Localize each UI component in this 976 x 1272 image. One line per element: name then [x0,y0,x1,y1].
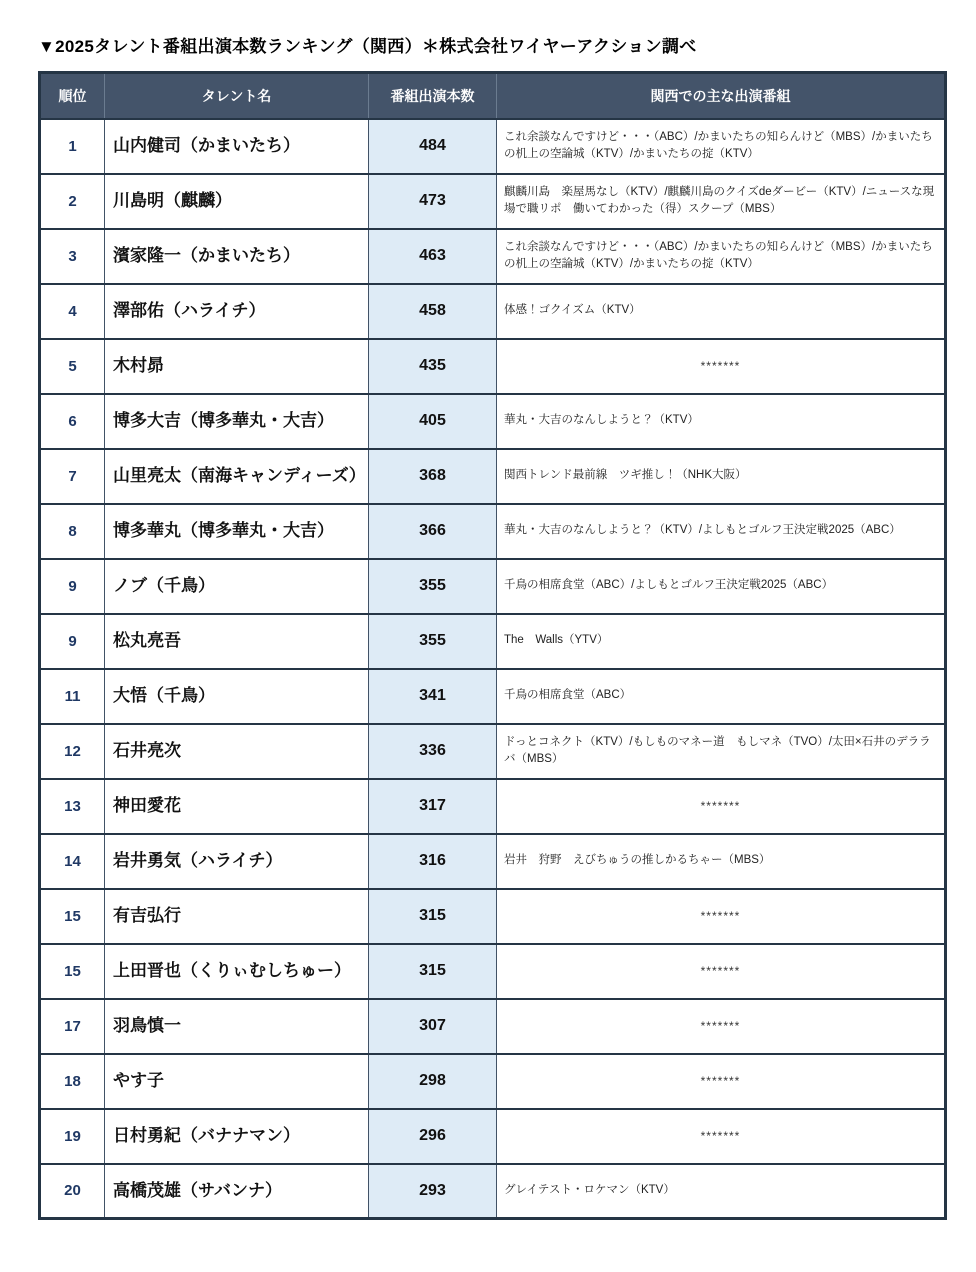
rank-cell: 19 [40,1109,105,1164]
appearance-count-cell: 296 [369,1109,497,1164]
rank-cell: 9 [40,559,105,614]
talent-name-cell: 濱家隆一（かまいたち） [105,229,369,284]
appearance-count-cell: 484 [369,119,497,174]
programs-cell: ******* [497,1109,946,1164]
appearance-count-cell: 355 [369,614,497,669]
programs-cell: ******* [497,889,946,944]
talent-name-cell: 松丸亮吾 [105,614,369,669]
talent-name-cell: 日村勇紀（バナナマン） [105,1109,369,1164]
programs-cell: これ余談なんですけど・・・（ABC）/かまいたちの知らんけど（MBS）/かまいた… [497,119,946,174]
talent-name-cell: 上田晋也（くりぃむしちゅー） [105,944,369,999]
programs-cell: 華丸・大吉のなんしようと？（KTV）/よしもとゴルフ王決定戦2025（ABC） [497,504,946,559]
programs-cell: ******* [497,339,946,394]
table-row: 13 神田愛花 317 ******* [40,779,946,834]
table-row: 5 木村昴 435 ******* [40,339,946,394]
programs-cell: 体感！ゴクイズム（KTV） [497,284,946,339]
talent-name-cell: 岩井勇気（ハライチ） [105,834,369,889]
appearance-count-cell: 405 [369,394,497,449]
programs-cell: ******* [497,999,946,1054]
rank-cell: 11 [40,669,105,724]
table-header: 順位 タレント名 番組出演本数 関西での主な出演番組 [40,73,946,119]
ranking-table: 順位 タレント名 番組出演本数 関西での主な出演番組 1 山内健司（かまいたち）… [38,71,947,1220]
appearance-count-cell: 355 [369,559,497,614]
programs-cell: ******* [497,779,946,834]
rank-cell: 15 [40,944,105,999]
table-row: 11 大悟（千鳥） 341 千鳥の相席食堂（ABC） [40,669,946,724]
talent-name-cell: 博多大吉（博多華丸・大吉） [105,394,369,449]
table-row: 1 山内健司（かまいたち） 484 これ余談なんですけど・・・（ABC）/かまい… [40,119,946,174]
table-row: 17 羽鳥慎一 307 ******* [40,999,946,1054]
rank-cell: 14 [40,834,105,889]
appearance-count-cell: 366 [369,504,497,559]
talent-name-cell: 博多華丸（博多華丸・大吉） [105,504,369,559]
talent-name-cell: 川島明（麒麟） [105,174,369,229]
programs-cell: 岩井 狩野 えびちゅうの推しかるちゃー（MBS） [497,834,946,889]
talent-name-cell: やす子 [105,1054,369,1109]
appearance-count-cell: 298 [369,1054,497,1109]
rank-cell: 1 [40,119,105,174]
table-row: 3 濱家隆一（かまいたち） 463 これ余談なんですけど・・・（ABC）/かまい… [40,229,946,284]
table-row: 8 博多華丸（博多華丸・大吉） 366 華丸・大吉のなんしようと？（KTV）/よ… [40,504,946,559]
table-row: 15 有吉弘行 315 ******* [40,889,946,944]
appearance-count-cell: 315 [369,944,497,999]
table-row: 15 上田晋也（くりぃむしちゅー） 315 ******* [40,944,946,999]
rank-cell: 17 [40,999,105,1054]
programs-cell: ******* [497,1054,946,1109]
rank-cell: 6 [40,394,105,449]
header-main-programs: 関西での主な出演番組 [497,73,946,119]
appearance-count-cell: 435 [369,339,497,394]
header-talent-name: タレント名 [105,73,369,119]
talent-name-cell: 神田愛花 [105,779,369,834]
talent-name-cell: ノブ（千鳥） [105,559,369,614]
talent-name-cell: 羽鳥慎一 [105,999,369,1054]
programs-cell: 千鳥の相席食堂（ABC） [497,669,946,724]
table-row: 19 日村勇紀（バナナマン） 296 ******* [40,1109,946,1164]
rank-cell: 15 [40,889,105,944]
table-row: 6 博多大吉（博多華丸・大吉） 405 華丸・大吉のなんしようと？（KTV） [40,394,946,449]
appearance-count-cell: 315 [369,889,497,944]
appearance-count-cell: 458 [369,284,497,339]
programs-cell: グレイテスト・ロケマン（KTV） [497,1164,946,1219]
table-row: 4 澤部佑（ハライチ） 458 体感！ゴクイズム（KTV） [40,284,946,339]
table-row: 18 やす子 298 ******* [40,1054,946,1109]
programs-cell: ドっとコネクト（KTV）/もしものマネー道 もしマネ（TVO）/太田×石井のデラ… [497,724,946,779]
programs-cell: ******* [497,944,946,999]
table-row: 9 ノブ（千鳥） 355 千鳥の相席食堂（ABC）/よしもとゴルフ王決定戦202… [40,559,946,614]
appearance-count-cell: 316 [369,834,497,889]
talent-name-cell: 有吉弘行 [105,889,369,944]
rank-cell: 3 [40,229,105,284]
programs-cell: 華丸・大吉のなんしようと？（KTV） [497,394,946,449]
rank-cell: 12 [40,724,105,779]
programs-cell: 麒麟川島 楽屋馬なし（KTV）/麒麟川島のクイズdeダービー（KTV）/ニュース… [497,174,946,229]
talent-name-cell: 澤部佑（ハライチ） [105,284,369,339]
table-row: 12 石井亮次 336 ドっとコネクト（KTV）/もしものマネー道 もしマネ（T… [40,724,946,779]
talent-name-cell: 大悟（千鳥） [105,669,369,724]
talent-name-cell: 石井亮次 [105,724,369,779]
header-rank: 順位 [40,73,105,119]
rank-cell: 7 [40,449,105,504]
rank-cell: 4 [40,284,105,339]
table-row: 7 山里亮太（南海キャンディーズ） 368 関西トレンド最前線 ツギ推し！（NH… [40,449,946,504]
appearance-count-cell: 341 [369,669,497,724]
table-row: 9 松丸亮吾 355 The Walls（YTV） [40,614,946,669]
table-header-row: 順位 タレント名 番組出演本数 関西での主な出演番組 [40,73,946,119]
rank-cell: 5 [40,339,105,394]
rank-cell: 8 [40,504,105,559]
appearance-count-cell: 473 [369,174,497,229]
page: ▼2025タレント番組出演本数ランキング（関西）＊株式会社ワイヤーアクション調べ… [0,0,976,1272]
appearance-count-cell: 463 [369,229,497,284]
table-body: 1 山内健司（かまいたち） 484 これ余談なんですけど・・・（ABC）/かまい… [40,119,946,1219]
rank-cell: 9 [40,614,105,669]
rank-cell: 13 [40,779,105,834]
rank-cell: 20 [40,1164,105,1219]
talent-name-cell: 山里亮太（南海キャンディーズ） [105,449,369,504]
talent-name-cell: 山内健司（かまいたち） [105,119,369,174]
rank-cell: 2 [40,174,105,229]
rank-cell: 18 [40,1054,105,1109]
programs-cell: 関西トレンド最前線 ツギ推し！（NHK大阪） [497,449,946,504]
table-row: 2 川島明（麒麟） 473 麒麟川島 楽屋馬なし（KTV）/麒麟川島のクイズde… [40,174,946,229]
programs-cell: The Walls（YTV） [497,614,946,669]
page-title: ▼2025タレント番組出演本数ランキング（関西）＊株式会社ワイヤーアクション調べ [38,32,943,57]
appearance-count-cell: 293 [369,1164,497,1219]
header-appearance-count: 番組出演本数 [369,73,497,119]
table-row: 20 高橋茂雄（サバンナ） 293 グレイテスト・ロケマン（KTV） [40,1164,946,1219]
programs-cell: これ余談なんですけど・・・（ABC）/かまいたちの知らんけど（MBS）/かまいた… [497,229,946,284]
programs-cell: 千鳥の相席食堂（ABC）/よしもとゴルフ王決定戦2025（ABC） [497,559,946,614]
table-row: 14 岩井勇気（ハライチ） 316 岩井 狩野 えびちゅうの推しかるちゃー（MB… [40,834,946,889]
appearance-count-cell: 307 [369,999,497,1054]
talent-name-cell: 高橋茂雄（サバンナ） [105,1164,369,1219]
appearance-count-cell: 317 [369,779,497,834]
appearance-count-cell: 368 [369,449,497,504]
appearance-count-cell: 336 [369,724,497,779]
talent-name-cell: 木村昴 [105,339,369,394]
